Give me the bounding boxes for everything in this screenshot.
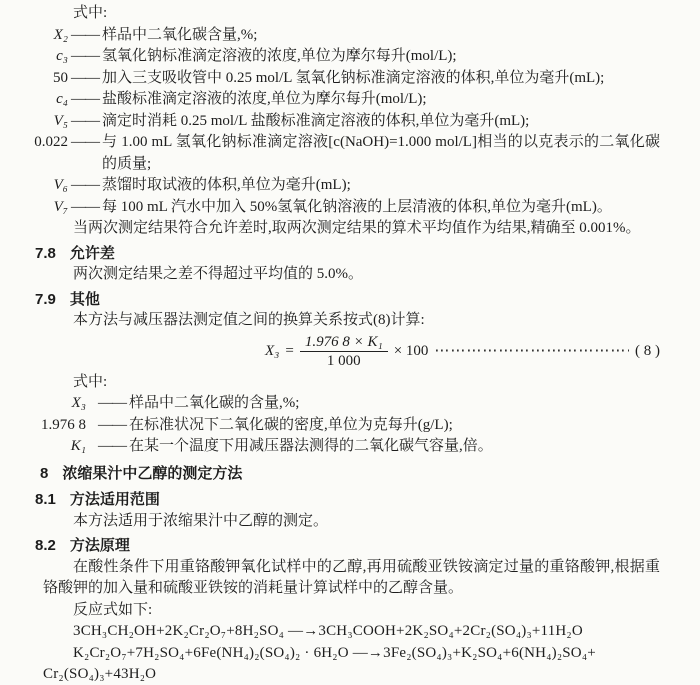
definition-dash: ——: [68, 175, 102, 197]
section-heading-8-1: 8.1方法适用范围: [35, 489, 660, 511]
definition-dash: ——: [68, 89, 102, 111]
section-number: 7.9: [35, 289, 56, 311]
definition-item-0022: 0.022——与 1.00 mL 氢氧化钠标准滴定溶液[c(NaOH)=1.00…: [10, 132, 660, 175]
definition-item-k1: K₁——在某一个温度下用减压器法测得的二氧化碳气容量,倍。: [10, 436, 660, 458]
chapter-heading-8: 8浓缩果汁中乙醇的测定方法: [40, 463, 660, 485]
section-number: 8.2: [35, 535, 56, 557]
definition-item-c4: c₄——盐酸标准滴定溶液的浓度,单位为摩尔每升(mol/L);: [10, 89, 660, 111]
definition-text: 样品中二氧化碳含量,%;: [102, 25, 660, 47]
section-number: 7.8: [35, 243, 56, 265]
definition-item-v7: V₇——每 100 mL 汽水中加入 50%氢氧化钠溶液的上层清液的体积,单位为…: [10, 197, 660, 219]
definition-symbol: c₄: [10, 89, 68, 111]
definition-symbol: 0.022: [10, 132, 68, 175]
section-heading-7-9: 7.9其他: [35, 289, 660, 311]
formula-number-label: ( 8 ): [635, 341, 660, 363]
formula-numerator: 1.976 8 × K₁: [300, 334, 388, 352]
section-title: 其他: [70, 291, 100, 308]
definition-dash: ——: [86, 393, 129, 415]
definition-item-c3: c₃——氢氧化钠标准滴定溶液的浓度,单位为摩尔每升(mol/L);: [10, 46, 660, 68]
definition-item-x3: X₃——样品中二氧化碳的含量,%;: [10, 393, 660, 415]
document-page: 式中: X₂——样品中二氧化碳含量,%; c₃——氢氧化钠标准滴定溶液的浓度,单…: [0, 0, 700, 685]
formula-dot-leader: ⋯⋯⋯⋯⋯⋯⋯⋯⋯⋯⋯⋯⋯⋯⋯⋯⋯⋯⋯⋯⋯⋯⋯⋯: [434, 341, 629, 363]
formula-multiplier: × 100: [388, 341, 429, 363]
definition-dash: ——: [86, 436, 129, 458]
definition-text: 蒸馏时取试液的体积,单位为毫升(mL);: [102, 175, 660, 197]
formula-equals: =: [279, 341, 299, 363]
chemical-equation-1: 3CH₃CH₂OH+2K₂Cr₂O₇+8H₂SO₄ —→3CH₃COOH+2K₂…: [43, 621, 660, 643]
definition-symbol: c₃: [10, 46, 68, 68]
section-heading-7-8: 7.8允许差: [35, 243, 660, 265]
chemical-equation-2-line2: Cr₂(SO₄)₃+43H₂O: [43, 664, 660, 685]
definition-symbol: V₇: [10, 197, 68, 219]
definition-symbol: X₃: [10, 393, 86, 415]
definition-text: 每 100 mL 汽水中加入 50%氢氧化钠溶液的上层清液的体积,单位为毫升(m…: [102, 197, 660, 219]
formula-denominator: 1 000: [300, 352, 388, 369]
definition-dash: ——: [86, 415, 129, 437]
definition-symbol: V₆: [10, 175, 68, 197]
paragraph-tolerance: 两次测定结果之差不得超过平均值的 5.0%。: [43, 264, 660, 286]
definition-dash: ——: [68, 46, 102, 68]
definition-symbol: 1.976 8: [10, 415, 86, 437]
paragraph-principle: 在酸性条件下用重铬酸钾氧化试样中的乙醇,再用硫酸亚铁铵滴定过量的重铬酸钾,根据重…: [43, 557, 660, 600]
section-title: 方法适用范围: [70, 491, 160, 508]
definition-dash: ——: [68, 68, 102, 90]
definition-item-50: 50——加入三支吸收管中 0.25 mol/L 氢氧化钠标准滴定溶液的体积,单位…: [10, 68, 660, 90]
formula-lhs: X₃: [265, 341, 279, 363]
definition-dash: ——: [68, 132, 102, 175]
definition-text: 氢氧化钠标准滴定溶液的浓度,单位为摩尔每升(mol/L);: [102, 46, 660, 68]
where-label-2: 式中:: [43, 372, 660, 394]
chemical-equation-2-line1: K₂Cr₂O₇+7H₂SO₄+6Fe(NH₄)₂(SO₄)₂ · 6H₂O —→…: [43, 643, 660, 665]
definition-text: 与 1.00 mL 氢氧化钠标准滴定溶液[c(NaOH)=1.000 mol/L…: [102, 132, 660, 175]
formula-8: X₃ = 1.976 8 × K₁ 1 000 × 100 ⋯⋯⋯⋯⋯⋯⋯⋯⋯⋯…: [10, 334, 660, 370]
section-number: 8.1: [35, 489, 56, 511]
paragraph-scope: 本方法适用于浓缩果汁中乙醇的测定。: [43, 511, 660, 533]
paragraph-conversion: 本方法与减压器法测定值之间的换算关系按式(8)计算:: [43, 310, 660, 332]
section-title: 方法原理: [70, 537, 130, 554]
definition-dash: ——: [68, 111, 102, 133]
definition-symbol: X₂: [10, 25, 68, 47]
where-label-1: 式中:: [43, 3, 660, 25]
definition-dash: ——: [68, 25, 102, 47]
formula-fraction: 1.976 8 × K₁ 1 000: [300, 334, 388, 369]
definition-text: 加入三支吸收管中 0.25 mol/L 氢氧化钠标准滴定溶液的体积,单位为毫升(…: [102, 68, 660, 90]
definition-item-x2: X₂——样品中二氧化碳含量,%;: [10, 25, 660, 47]
definition-text: 在标准状况下二氧化碳的密度,单位为克每升(g/L);: [129, 415, 660, 437]
definition-text: 盐酸标准滴定溶液的浓度,单位为摩尔每升(mol/L);: [102, 89, 660, 111]
definition-text: 在某一个温度下用减压器法测得的二氧化碳气容量,倍。: [129, 436, 660, 458]
definition-item-v6: V₆——蒸馏时取试液的体积,单位为毫升(mL);: [10, 175, 660, 197]
reaction-label: 反应式如下:: [43, 600, 660, 622]
chapter-title: 浓缩果汁中乙醇的测定方法: [62, 465, 242, 482]
definition-text: 样品中二氧化碳的含量,%;: [129, 393, 660, 415]
definition-dash: ——: [68, 197, 102, 219]
section-heading-8-2: 8.2方法原理: [35, 535, 660, 557]
definition-item-19768: 1.976 8——在标准状况下二氧化碳的密度,单位为克每升(g/L);: [10, 415, 660, 437]
chapter-number: 8: [40, 463, 48, 485]
definition-text: 滴定时消耗 0.25 mol/L 盐酸标准滴定溶液的体积,单位为毫升(mL);: [102, 111, 660, 133]
paragraph-average-result: 当两次测定结果符合允许差时,取两次测定结果的算术平均值作为结果,精确至 0.00…: [43, 218, 660, 240]
definition-symbol: V₅: [10, 111, 68, 133]
section-title: 允许差: [70, 245, 115, 262]
definition-item-v5: V₅——滴定时消耗 0.25 mol/L 盐酸标准滴定溶液的体积,单位为毫升(m…: [10, 111, 660, 133]
definition-symbol: 50: [10, 68, 68, 90]
definition-symbol: K₁: [10, 436, 86, 458]
